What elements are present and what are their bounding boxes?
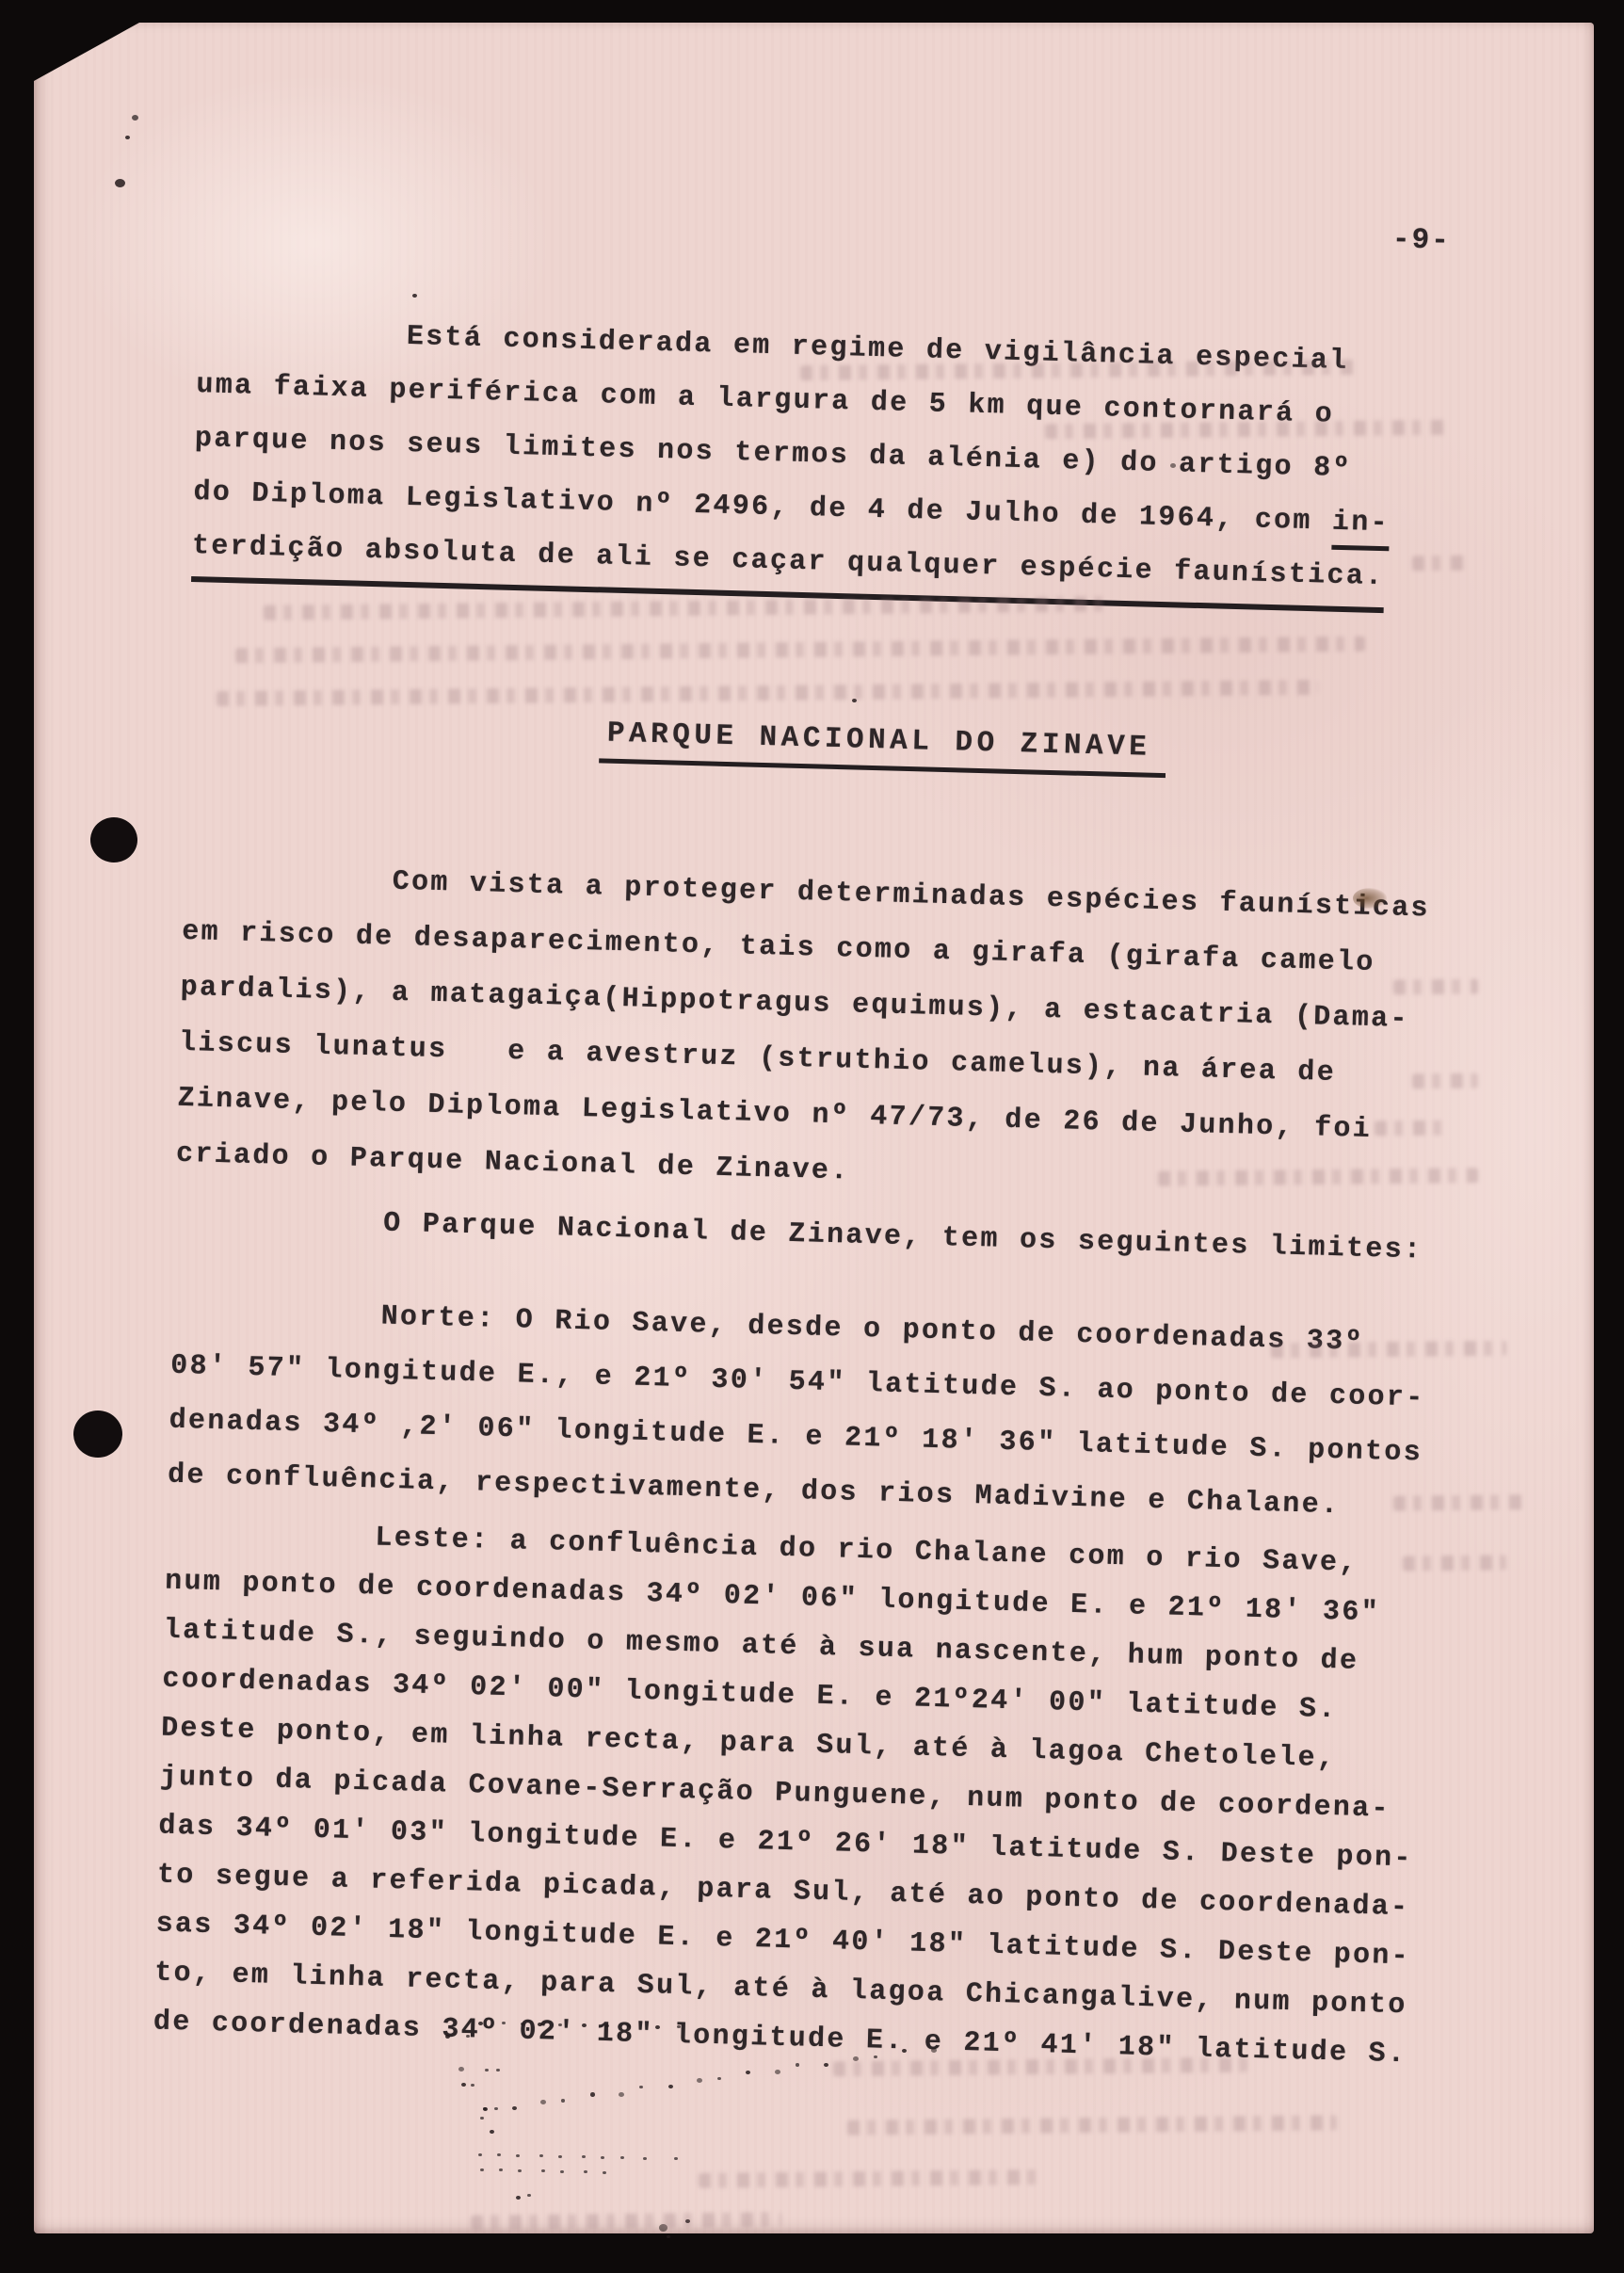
- scan-speck: [874, 2055, 877, 2058]
- bleed-through-mark: [1393, 1494, 1525, 1510]
- hole-punch: [90, 817, 137, 862]
- scan-speck: [796, 2063, 799, 2066]
- bleed-through-mark: [1271, 1341, 1506, 1359]
- paragraph-criacao-parque: Com vista a proteger determinadas espéci…: [175, 849, 1430, 1216]
- scan-speck: [590, 2092, 595, 2096]
- bleed-through-mark: [1412, 556, 1469, 572]
- paragraph-vigilancia-especial: Está considerada em regime de vigilância…: [191, 305, 1394, 605]
- scan-frame: -9- Está considerada em regime de vigilâ…: [0, 0, 1624, 2273]
- paragraph-limite-leste: Leste: a confluência do rio Chalane com …: [153, 1508, 1421, 2080]
- scan-speck: [619, 2092, 624, 2097]
- paragraph-limite-norte: Norte: O Rio Save, desde o ponto de coor…: [167, 1284, 1426, 1536]
- hole-punch: [73, 1411, 122, 1458]
- page-number: -9-: [1391, 223, 1451, 258]
- scan-speck: [853, 2056, 859, 2061]
- underlined-text: in-: [1331, 507, 1390, 552]
- scan-speck: [639, 2086, 643, 2088]
- bleed-through-mark: [1403, 1555, 1506, 1571]
- bleed-through-mark: [1375, 1120, 1450, 1136]
- scan-speck: [132, 115, 138, 121]
- bleed-through-mark: [1393, 979, 1478, 995]
- scan-speck: [668, 2085, 673, 2088]
- typed-content: -9- Está considerada em regime de vigilâ…: [0, 13, 1601, 2265]
- paper-page: -9- Está considerada em regime de vigilâ…: [34, 23, 1594, 2233]
- scan-speck: [561, 2099, 565, 2102]
- section-heading: PARQUE NACIONAL DO ZINAVE: [599, 717, 1166, 778]
- ink-stain: [1353, 888, 1387, 909]
- bleed-through-mark: [1412, 1073, 1478, 1089]
